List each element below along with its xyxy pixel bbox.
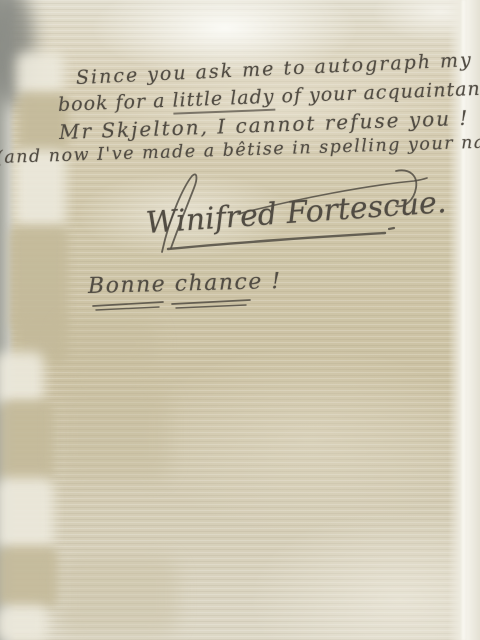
stain-patch	[10, 226, 68, 330]
inscription-line-2-underlined: little lady	[172, 86, 275, 115]
stain-patch	[56, 388, 171, 480]
closing-phrase: Bonne chance !	[88, 269, 282, 299]
closing-punctuation: !	[263, 269, 282, 294]
stain-patch	[0, 546, 58, 608]
closing-word-2: chance	[174, 269, 263, 296]
glue-patch	[0, 606, 48, 640]
signature-text: Winifred Fortescue.	[145, 185, 448, 241]
stain-patch	[58, 318, 158, 370]
stain-patch	[58, 556, 178, 636]
glue-patch	[16, 52, 64, 97]
chance-underline-2	[176, 305, 246, 308]
chance-underline-1	[172, 300, 250, 304]
inscription-line-2-post: of your acquaintance,	[274, 77, 480, 108]
left-page-edge	[0, 0, 16, 640]
closing-word-1: Bonne	[88, 272, 167, 299]
signature-end-dot	[389, 228, 394, 229]
inscription-line-2-pre: book for a	[58, 90, 173, 116]
book-endpaper-photo: Since you ask me to autograph my book fo…	[0, 0, 480, 640]
stain-patch	[14, 318, 68, 364]
glue-patch	[0, 352, 44, 406]
glue-patch	[0, 478, 54, 550]
top-left-shadow	[0, 0, 34, 106]
stain-patch	[0, 400, 54, 484]
bonne-underline-2	[96, 307, 159, 310]
bonne-underline-1	[93, 302, 163, 306]
